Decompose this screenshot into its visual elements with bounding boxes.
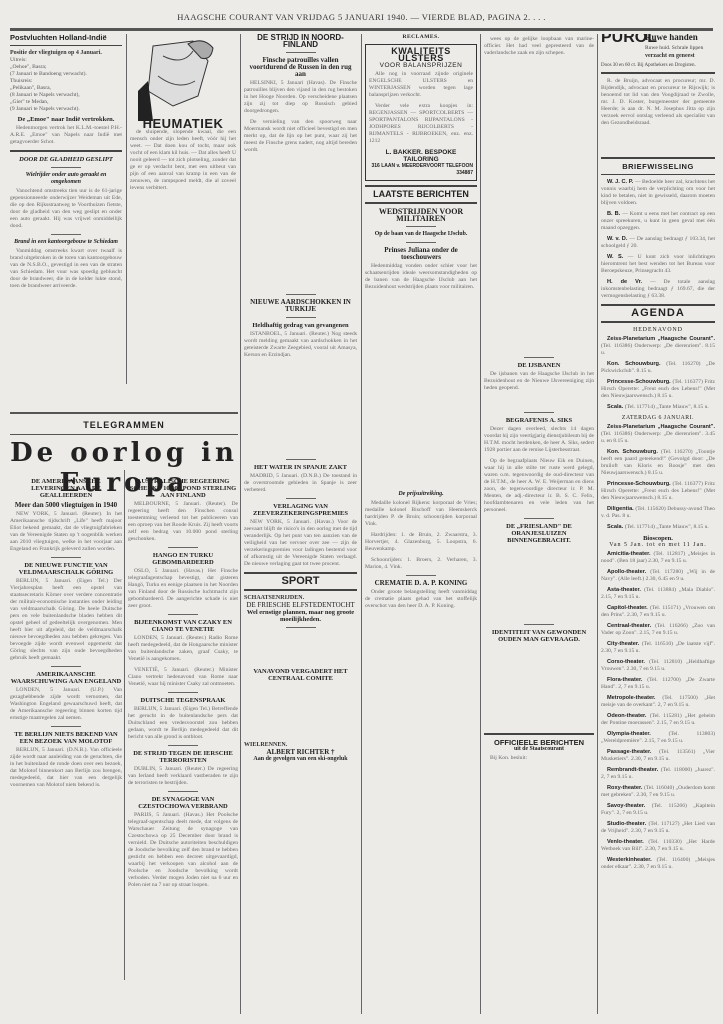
- divider: [10, 412, 238, 414]
- list-item: Metropole-theater. (Tel. 117500) „Het me…: [601, 695, 715, 709]
- wedstrijden-subhead: Op de baan van de Haagsche IJsclub.: [365, 231, 477, 238]
- water-text: MADRID, 5 Januari. (D.N.B.) De toestand …: [244, 473, 357, 494]
- purol-price: Doos 30 en 60 ct. Bij Apothekers en Drog…: [601, 62, 696, 69]
- benoemingen-text: R. de Bruijn, advocaat en procureur; mr.…: [601, 78, 715, 127]
- divider: [286, 52, 316, 53]
- crematie-text: Onder groote belangstelling heeft vanmid…: [365, 589, 477, 610]
- item-key: Savoy-theater.: [607, 803, 652, 809]
- iersche-headline: DE STRIJD TEGEN DE IERSCHE TERRORISTEN: [128, 750, 238, 764]
- purol-subtitle-2: verzacht en geneest: [645, 53, 695, 60]
- list-item: Scala. (Tel. 117714) „Tante Miauw", 8.15…: [601, 524, 715, 531]
- list-item: Kon. Schouwburg. (Tel. 116270) „De Pickw…: [601, 361, 715, 375]
- divider: [365, 185, 477, 187]
- column-divider: [124, 470, 125, 980]
- amerik2-headline: AMERIKAANSCHE WAARSCHUWING AAN ENGELAND: [10, 671, 122, 685]
- list-item: Savoy-theater. (Tel. 115266) „Kapitein F…: [601, 803, 715, 817]
- item-key: Amicitia-theater.: [607, 551, 654, 557]
- divider: [524, 412, 554, 413]
- ijsbanen-headline: DE IJSBANEN: [484, 362, 594, 369]
- divider: [406, 226, 436, 227]
- czaky-text-2: VENETIË, 5 Januari. (Reuter.) Minister C…: [128, 667, 238, 688]
- item-key: Kon. Schouwburg.: [607, 449, 661, 455]
- vanavond-headline: VANAVOND VERGADERT HET CENTRAAL COMITE: [244, 668, 357, 682]
- purol-ad: PUROL Ruwe handen Ruwe huid. Schrale lip…: [601, 34, 715, 68]
- verzekering-text: NEW YORK, 5 Januari. (Havas.) Voor de ze…: [244, 519, 357, 568]
- item-key: Venlo-theater.: [607, 839, 648, 845]
- strijd-subhead: Finsche patrouilles vallen voortdurend d…: [244, 57, 357, 78]
- item-key: Apollo-theater.: [607, 569, 650, 575]
- postvlucht-line: „Pelikaan", Basra,: [10, 85, 122, 92]
- item-key: City-theater.: [607, 641, 642, 647]
- column-2: HEUMATIEK de sluipende, slopende kwaal, …: [130, 34, 236, 384]
- divider: [51, 557, 81, 558]
- list-item: Kon. Schouwburg. (Tel. 116270) „Toontje …: [601, 449, 715, 477]
- identiteit-headline: IDENTITEIT VAN GEWONDEN OUDEN MAN GEVRAA…: [484, 629, 594, 643]
- item-key: Centraal-theater.: [607, 623, 655, 629]
- item-key: Princesse-Schouwburg.: [607, 481, 672, 487]
- divider: [51, 234, 81, 235]
- elfsteden-headline: DE FRIESCHE ELFSTEDENTOCHT: [244, 602, 357, 609]
- divider: [51, 726, 81, 727]
- item-key: Kon. Schouwburg.: [607, 361, 666, 367]
- briefwisseling-list: W. J. C. P. — Bedoelde heer zal, krachte…: [601, 179, 715, 300]
- ulsters-text: Alle nog in voorraad zijnde originele EN…: [369, 71, 473, 99]
- iersche-text: DUBLIN, 5 Januari. (Reuter.) De regeerin…: [128, 766, 238, 787]
- list-item: W. v. D. — De aanslag bedraagt ƒ 103.34,…: [601, 236, 715, 250]
- item-key: Zeiss-Planetarium „Haagsche Courant".: [607, 336, 715, 342]
- list-item: Roxy-theater. (Tel. 116040) „Ouderdom ko…: [601, 785, 715, 799]
- list-item: Olympia-theater. (Tel. 113803) „Wereldpr…: [601, 731, 715, 745]
- austr-text: MELBOURNE, 5 Januari. (Reuter). De regee…: [128, 501, 238, 543]
- wedstrijden-headline: WEDSTRIJDEN VOOR MILITAIREN: [365, 208, 477, 222]
- divider: [524, 624, 554, 625]
- agenda-saturday-list: Zeiss-Planetarium „Haagsche Courant". (T…: [601, 424, 715, 531]
- molotof-text: BERLIJN, 5 Januari. (D.N.B.). Van offici…: [10, 747, 122, 789]
- divider: [286, 294, 316, 295]
- masthead-rule: [10, 28, 713, 31]
- divider: [168, 692, 198, 693]
- item-key: Olympia-theater.: [607, 731, 669, 737]
- aardschokken-headline: NIEUWE AARDSCHOKKEN IN TURKIJE: [244, 299, 357, 313]
- molotof-headline: TE BERLIJN NIETS BEKEND VAN EEN BEZOEK V…: [10, 731, 122, 745]
- laatste-berichten-headline: LAATSTE BERICHTEN: [365, 191, 477, 198]
- list-item: Capitol-theater. (Tel. 115171) „Vrouwen …: [601, 605, 715, 619]
- postvlucht-line: „Gier" te Medan,: [10, 99, 122, 106]
- divider: [286, 459, 316, 460]
- postvluchten-lines: Uitreis:„Oehoe", Basra;(7 Januari te Ban…: [10, 57, 122, 113]
- list-item: Zeiss-Planetarium „Haagsche Courant". (T…: [601, 336, 715, 357]
- sport-headline: SPORT: [244, 578, 357, 585]
- list-item: Passage-theater. (Tel. 113561) „Vier Mus…: [601, 749, 715, 763]
- telegrammen-label: TELEGRAMMEN: [10, 420, 238, 430]
- column-6: PUROL Ruwe handen Ruwe huid. Schrale lip…: [601, 34, 715, 1019]
- brand-headline: Brand in een kantoorgebouw te Schiedam: [10, 239, 122, 246]
- divider: [244, 589, 357, 591]
- list-item: Diligentia. (Tel. 115620) Debussy-avond …: [601, 506, 715, 520]
- postvlucht-line: (8 Januari te Napels verwacht),: [10, 92, 122, 99]
- postvlucht-line: Thuisreis:: [10, 78, 122, 85]
- zaterdag-label: ZATERDAG 6 JANUARI.: [601, 415, 715, 422]
- divider: [10, 150, 122, 152]
- list-item: W. S. — U kunt zich voor inlichtingen hi…: [601, 254, 715, 275]
- divider: [601, 157, 715, 159]
- column-5: wees op de gelijke loopbaan van marine-o…: [484, 34, 594, 1019]
- postvluchten-title: Postvluchten Holland-Indië: [10, 34, 122, 41]
- telegrammen-left: DE AMERIKAANSCHE LEVERINGEN AAN DE GEALL…: [10, 478, 122, 1018]
- emoe-text: Hedenmorgen vertrok het K.L.M.-toestel P…: [10, 125, 122, 146]
- officieele-headline: OFFICIEELE BERICHTEN: [484, 739, 594, 746]
- prijsuitreiking-headline: De prijsuitreiking.: [365, 491, 477, 498]
- list-item: Odeon-theater. (Tel. 115281) „Het geheim…: [601, 713, 715, 727]
- ulsters-name: L. BAKKER. BESPOKE TAILORING: [369, 149, 473, 163]
- postvlucht-line: Uitreis:: [10, 57, 122, 64]
- list-item: H. de Vr. — De totale aanslag inkomstenb…: [601, 279, 715, 300]
- czaky-headline: BIJEENKOMST VAN CZAKY EN CIANO TE VENETI…: [128, 619, 238, 633]
- strijd-headline: DE STRIJD IN NOORD-FINLAND: [244, 34, 357, 48]
- item-key: Capitol-theater.: [607, 605, 650, 611]
- czesto-headline: DE SYNAGOGE VAN CZESTOCHOWA VERBRAND: [128, 796, 238, 810]
- divider: [10, 434, 238, 435]
- list-item: Apollo-theater. (Tel. 117280) „Wij in de…: [601, 569, 715, 583]
- telegrammen-right: AUSTRALISCHE REGEERING SCHENKT 10.000 PO…: [128, 478, 238, 1018]
- amer-text: NEW YORK, 5 Januari. (Reuter). In het Am…: [10, 511, 122, 553]
- richter-headline: ALBERT RICHTER †: [244, 749, 357, 756]
- begrafenis-text: Dezer dagen overleed, slechts 14 dagen v…: [484, 426, 594, 454]
- item-key: Scala.: [607, 524, 625, 530]
- ulsters-text-2: Verder vele extra koopjes in: REGENJASSE…: [369, 103, 473, 145]
- duitsch-text: BERLIJN, 5 Januari. (Eigen Tel.) Betreff…: [128, 706, 238, 741]
- bioscopen-label: Bioscopen.: [601, 535, 715, 542]
- item-key: Scala.: [607, 404, 625, 410]
- item-key: Odeon-theater.: [607, 713, 650, 719]
- item-key: Roxy-theater.: [607, 785, 644, 791]
- item-key: Flora-theater.: [607, 677, 647, 683]
- prijsuitreiking-text: Medaille kolonel Rijkens: korporaal de V…: [365, 500, 477, 528]
- postvlucht-line: (9 Januari te Napels verwacht).: [10, 106, 122, 113]
- emoe-headline: De „Emoe" naar Indië vertrokken.: [10, 116, 122, 123]
- divider: [10, 45, 122, 46]
- brand-text: Vanmiddag omstreeks kwart over twaalf is…: [10, 248, 122, 290]
- item-value: (Tel. 116386) Onderwerp: „De dierenriem"…: [601, 431, 715, 444]
- reclames-label: RECLAMES.: [365, 34, 477, 41]
- item-key: Studio-theater.: [607, 821, 649, 827]
- item-key: Diligentia.: [607, 506, 635, 512]
- divider: [406, 575, 436, 576]
- austr-headline: AUSTRALISCHE REGEERING SCHENKT 10.000 PO…: [128, 478, 238, 499]
- divider: [286, 317, 316, 318]
- postvlucht-line: (7 Januari te Bandoeng verwacht).: [10, 71, 122, 78]
- juliana-text: Hedenmiddag vonden onder schier voor het…: [365, 263, 477, 291]
- rheumatiek-text: de sluipende, slopende kwaal, die een me…: [130, 129, 236, 192]
- postvluchten-subtitle: Positie der vliegtuigen op 4 Januari.: [10, 50, 122, 57]
- amer-subhead: Meer dan 5000 vliegtuigen in 1940: [10, 502, 122, 509]
- column-1: Postvluchten Holland-Indië Positie der v…: [10, 34, 122, 389]
- bioscopen-period: Van 5 Jan. tot en met 11 Jan.: [601, 542, 715, 549]
- list-item: Asta-theater. (Tel. 113884) „Mala Diablo…: [601, 587, 715, 601]
- amerik2-text: LONDEN, 5 Januari. (U.P.) Van gezaghebbe…: [10, 687, 122, 722]
- column-divider: [126, 34, 127, 384]
- item-key: Metropole-theater.: [607, 695, 662, 701]
- bioscopen-list: Amicitia-theater. (Tel. 112817) „Meisjes…: [601, 551, 715, 871]
- verzekering-headline: VERLAGING VAN ZEEVERZEKERINGSPREMIES: [244, 503, 357, 517]
- begrafenis-text-2: Op de begraafplaats Nieuw Eik en Duinen,…: [484, 458, 594, 514]
- friesland-headline: DE „FRIESLAND" DE ORANJESLUIZEN BINNENGE…: [484, 523, 594, 544]
- agenda-headline: AGENDA: [601, 310, 715, 317]
- list-item: Princesse-Schouwburg. (Tel. 116377) Frit…: [601, 379, 715, 400]
- aardschokken-subhead: Heldhaftig gedrag van gevangenen: [244, 322, 357, 329]
- column-4: RECLAMES. KWALITEITS ULSTERS VOOR BALANS…: [365, 34, 477, 1019]
- list-item: City-theater. (Tel. 116510) „De laatste …: [601, 641, 715, 655]
- hango-headline: HANGO EN TURKU GEBOMBARDEERD: [128, 552, 238, 566]
- gladheid-subhead: Wielrijder onder auto geraakt en omgekom…: [10, 172, 122, 186]
- item-key: Asta-theater.: [607, 587, 644, 593]
- postvlucht-line: „Oehoe", Basra;: [10, 64, 122, 71]
- purol-subtitle: Ruwe huid. Schrale lippen: [645, 45, 703, 52]
- divider: [601, 72, 715, 74]
- list-item: Westerkinheater. (Tel. 116400) „Meisjes …: [601, 857, 715, 871]
- item-key: Corso-theater.: [607, 659, 649, 665]
- strijd-text-2: De vernieling van den spoorweg naar Moer…: [244, 119, 357, 154]
- divider: [601, 174, 715, 175]
- column-3: DE STRIJD IN NOORD-FINLAND Finsche patro…: [244, 34, 357, 1019]
- begrafenis-headline: BEGRAFENIS A. SIKS: [484, 417, 594, 424]
- goring-text: BERLIJN, 5 Januari. (Eigen Tel.) Der Vie…: [10, 578, 122, 662]
- water-headline: HET WATER IN SPANJE ZAKT: [244, 464, 357, 471]
- masthead: HAAGSCHE COURANT VAN VRIJDAG 5 JANUARI 1…: [0, 12, 723, 22]
- schoonrijden-results: Schoonrijden: 1. Broers, 2. Verharen, 3.…: [365, 557, 477, 571]
- item-key: Passage-theater.: [607, 749, 659, 755]
- divider: [406, 242, 436, 243]
- ulsters-title: KWALITEITS ULSTERS: [369, 48, 473, 62]
- divider: [365, 202, 477, 204]
- item-value: (Tel. 117714) „Tante Miauw", 8.15 u.: [625, 404, 709, 410]
- item-key: W. v. D.: [607, 236, 629, 242]
- list-item: Princesse-Schouwburg. (Tel. 116377) Frit…: [601, 481, 715, 502]
- list-item: B. B. — Komt u eens met het contract op …: [601, 211, 715, 232]
- czaky-text: LONDEN, 5 Januari. (Reuter.) Radio Rome …: [128, 635, 238, 663]
- hedenavond-label: HEDENAVOND: [601, 327, 715, 334]
- hardrijden-results: Hardrijden: 1. de Bruin, 2. Zwaarstra, 3…: [365, 532, 477, 553]
- duitsch-headline: DUITSCHE TEGENSPRAAK: [128, 697, 238, 704]
- crematie-headline: CREMATIE D. A. P. KONING: [365, 580, 477, 587]
- list-item: W. J. C. P. — Bedoelde heer zal, krachte…: [601, 179, 715, 207]
- item-key: W. J. C. P.: [607, 179, 635, 185]
- item-value: (Tel. 116386) Onderwerp: „De dierenriem"…: [601, 343, 715, 356]
- divider: [168, 547, 198, 548]
- rheumatiek-illustration: [133, 36, 233, 126]
- item-key: W. S.: [607, 254, 628, 260]
- aardschokken-text: ISTANBOEL, 5 Januari. (Reuter.) Nog stee…: [244, 331, 357, 359]
- list-item: Rembrandt-theater. (Tel. 118000) „Juarez…: [601, 767, 715, 781]
- ulsters-address: 316 LAAN v. MEERDERVOORT TELEFOON 334887: [369, 163, 473, 177]
- list-item: Corso-theater. (Tel. 112810) „Heldhaftig…: [601, 659, 715, 673]
- czesto-text: PARIJS, 5 Januari. (Havas.) Het Poolsche…: [128, 812, 238, 889]
- divider: [286, 498, 316, 499]
- divider: [524, 357, 554, 358]
- divider: [168, 745, 198, 746]
- ulsters-subtitle: VOOR BALANSPRIJZEN: [369, 62, 473, 69]
- gladheid-headline: DOOR DE GLADHEID GESLIPT: [10, 156, 122, 163]
- gladheid-text: Vanochtend omstreeks tien uur is de 61-j…: [10, 188, 122, 230]
- divider: [168, 614, 198, 615]
- column-divider: [240, 34, 241, 1014]
- hango-text: OSLO, 5 Januari. (Havas.) Het Finsche te…: [128, 568, 238, 610]
- divider: [601, 321, 715, 323]
- list-item: Amicitia-theater. (Tel. 112817) „Meisjes…: [601, 551, 715, 565]
- item-key: Rembrandt-theater.: [607, 767, 661, 773]
- divider: [244, 572, 357, 574]
- agenda-today-list: Zeiss-Planetarium „Haagsche Courant". (T…: [601, 336, 715, 411]
- list-item: Scala. (Tel. 117714) „Tante Miauw", 8.15…: [601, 404, 715, 411]
- strijd-text: HELSINKI, 5 Januari (Havas). De Finsche …: [244, 80, 357, 115]
- briefwisseling-headline: BRIEFWISSELING: [601, 163, 715, 170]
- divider: [51, 666, 81, 667]
- divider: [51, 167, 81, 168]
- item-key: Westerkinheater.: [607, 857, 657, 863]
- column-divider: [597, 34, 598, 1014]
- column-divider: [361, 34, 362, 1014]
- list-item: Centraal-theater. (Tel. 116266) „Zoo van…: [601, 623, 715, 637]
- item-key: Princesse-Schouwburg.: [607, 379, 672, 385]
- ijsbanen-text: De ijsbanen van de Haagsche IJsclub in h…: [484, 371, 594, 392]
- list-item: Flora-theater. (Tel. 112700) „De Zwarte …: [601, 677, 715, 691]
- ulsters-ad: KWALITEITS ULSTERS VOOR BALANSPRIJZEN Al…: [365, 44, 477, 181]
- divider: [168, 791, 198, 792]
- juliana-headline: Prinses Juliana onder de toeschouwers: [365, 247, 477, 261]
- divider: [484, 733, 594, 735]
- amer-headline: DE AMERIKAANSCHE LEVERINGEN AAN DE GEALL…: [10, 478, 122, 499]
- divider: [601, 304, 715, 306]
- officieele-text: Bij Kon. besluit:: [484, 755, 594, 762]
- item-value: (Tel. 117714) „Tante Miauw", 8.15 u.: [625, 524, 709, 530]
- item-key: H. de Vr.: [607, 279, 650, 285]
- purol-headline: Ruwe handen: [645, 34, 698, 41]
- column-divider: [480, 34, 481, 1014]
- list-item: Studio-theater. (Tel. 117127) „Het Lied …: [601, 821, 715, 835]
- list-item: Venlo-theater. (Tel. 110330) „Het Harde …: [601, 839, 715, 853]
- item-key: Zeiss-Planetarium „Haagsche Courant".: [607, 424, 715, 430]
- officieele-subhead: uit de Staatscourant: [484, 746, 594, 753]
- elfsteden-subhead: Wel ernstige plannen, maar nog groote mo…: [244, 609, 357, 623]
- list-item: Zeiss-Planetarium „Haagsche Courant". (T…: [601, 424, 715, 445]
- divider: [286, 627, 316, 628]
- richter-subhead: Aan de gevolgen van een ski-ongeluk: [244, 756, 357, 763]
- top-text: wees op de gelijke loopbaan van marine-o…: [484, 36, 594, 57]
- goring-headline: DE NIEUWE FUNCTIE VAN VELDMAARSCHALK GÖR…: [10, 562, 122, 576]
- item-key: B. B.: [607, 211, 622, 217]
- divider: [524, 518, 554, 519]
